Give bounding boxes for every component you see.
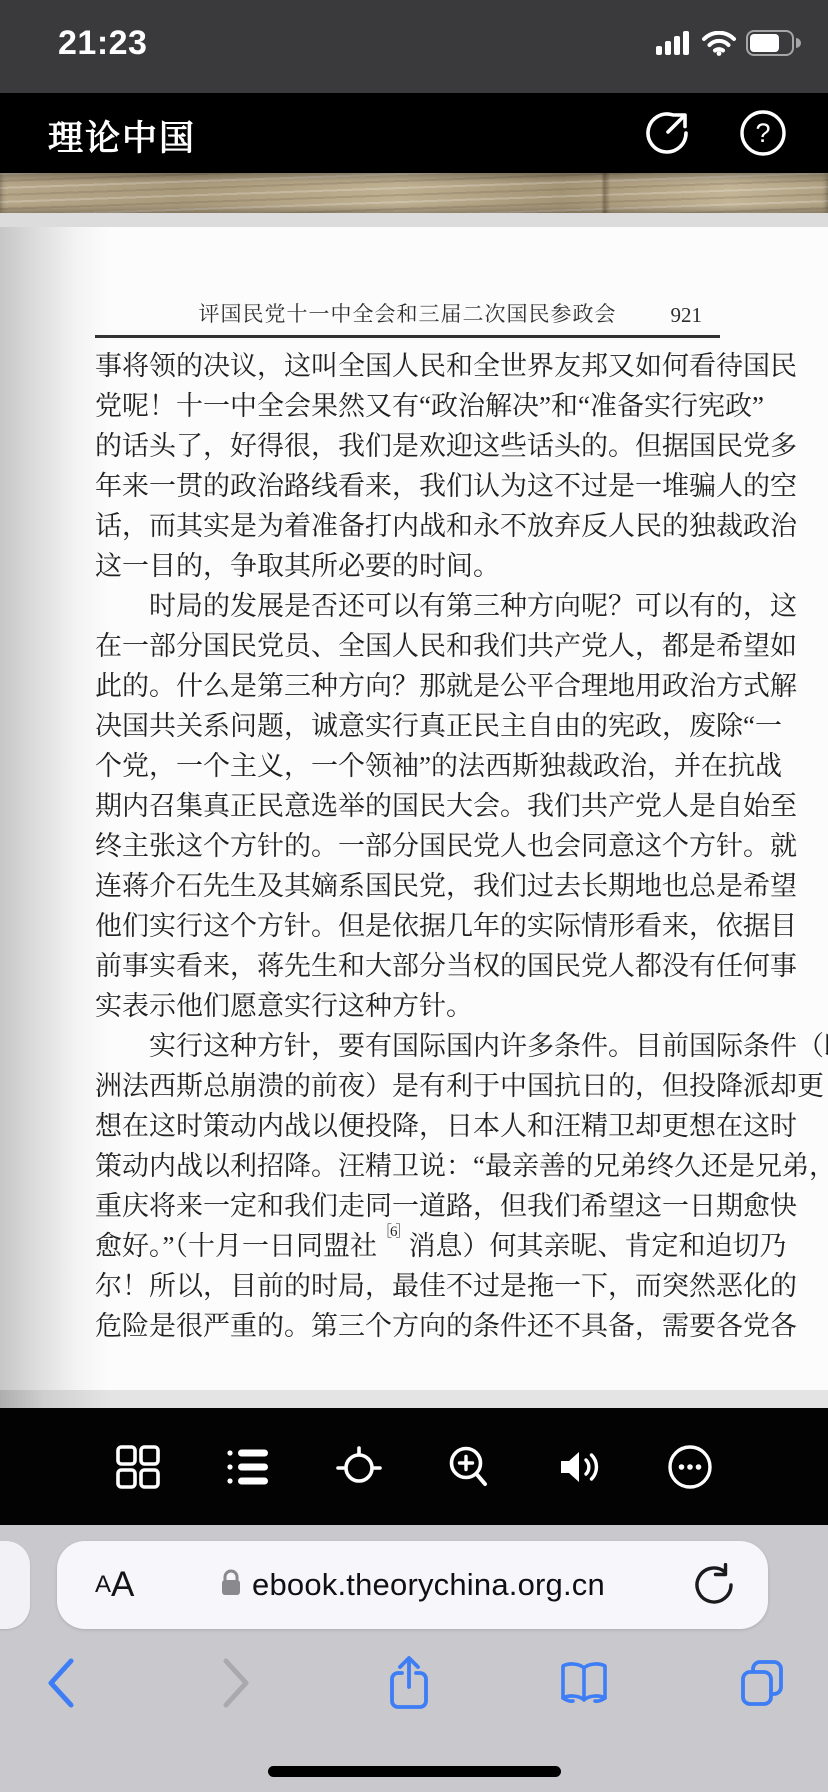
open-external-icon[interactable] bbox=[643, 109, 691, 157]
text-line: 话，而其实是为着准备打内战和永不放弃反人民的独裁政治 bbox=[95, 506, 720, 546]
more-options-icon[interactable] bbox=[666, 1443, 714, 1491]
text-line: 的话头了，好得很，我们是欢迎这些话头的。但据国民党多 bbox=[95, 426, 720, 466]
text-line: 党呢！十一中全会果然又有“政治解决”和“准备实行宪政” bbox=[95, 386, 720, 426]
text-line: 重庆将来一定和我们走同一道路，但我们希望这一日期愈快 bbox=[95, 1186, 720, 1226]
text-line: 决国共关系问题，诚意实行真正民主自由的宪政，废除“一 bbox=[95, 706, 720, 746]
home-indicator[interactable] bbox=[268, 1766, 561, 1777]
svg-text:?: ? bbox=[755, 118, 770, 148]
page-header-row: 评国民党十一中全会和三届二次国民参政会 921 bbox=[95, 297, 720, 331]
lock-icon bbox=[220, 1569, 242, 1602]
app-title: 理论中国 bbox=[48, 111, 196, 161]
text-line: 连蒋介石先生及其嫡系国民党，我们过去长期地也总是希望 bbox=[95, 866, 720, 906]
text-line: 他们实行这个方针。但是依据几年的实际情形看来，依据目 bbox=[95, 906, 720, 946]
locate-icon[interactable] bbox=[335, 1443, 383, 1491]
text-line: 个党，一个主义，一个领袖”的法西斯独裁政治，并在抗战 bbox=[95, 746, 720, 786]
text-line: 想在这时策动内战以便投降，日本人和汪精卫却更想在这时 bbox=[95, 1106, 720, 1146]
text-line: 愈好。”（十月一日同盟社［6］消息）何其亲昵、肯定和迫切乃 bbox=[95, 1226, 720, 1266]
status-bar: 21:23 bbox=[0, 0, 828, 93]
browser-nav-row bbox=[0, 1643, 828, 1723]
text-line: 策动内战以利招降。汪精卫说：“最亲善的兄弟终久还是兄弟， bbox=[95, 1146, 720, 1186]
text-line: 前事实看来，蒋先生和大部分当权的国民党人都没有任何事 bbox=[95, 946, 720, 986]
page-curl-shadow-bottom bbox=[0, 1390, 110, 1408]
grid-view-icon[interactable] bbox=[114, 1443, 162, 1491]
share-icon[interactable] bbox=[373, 1643, 445, 1723]
paragraph: 实行这种方针，要有国际国内许多条件。目前国际条件（欧洲法西斯总崩溃的前夜）是有利… bbox=[95, 1026, 720, 1346]
status-icons bbox=[656, 30, 802, 61]
paragraph: 时局的发展是否还可以有第三种方向呢？可以有的，这在一部分国民党员、全国人民和我们… bbox=[95, 586, 720, 1026]
book-page: 评国民党十一中全会和三届二次国民参政会 921 事将领的决议，这叫全国人民和全世… bbox=[0, 227, 828, 1390]
text-line: 这一目的，争取其所必要的时间。 bbox=[95, 546, 720, 586]
page-number: 921 bbox=[671, 298, 703, 332]
text-line: 事将领的决议，这叫全国人民和全世界友邦又如何看待国民 bbox=[95, 346, 720, 386]
text-line: 时局的发展是否还可以有第三种方向呢？可以有的，这 bbox=[95, 586, 720, 626]
status-time: 21:23 bbox=[58, 24, 147, 63]
paragraph: 事将领的决议，这叫全国人民和全世界友邦又如何看待国民党呢！十一中全会果然又有“政… bbox=[95, 346, 720, 586]
battery-icon bbox=[746, 30, 802, 61]
page-bottom-gap bbox=[0, 1390, 828, 1408]
help-icon[interactable]: ? bbox=[739, 109, 787, 157]
text-line: 实表示他们愿意实行这种方针。 bbox=[95, 986, 720, 1026]
toc-list-icon[interactable] bbox=[224, 1443, 272, 1491]
text-line: 终主张这个方针的。一部分国民党人也会同意这个方针。就 bbox=[95, 826, 720, 866]
tabs-icon[interactable] bbox=[726, 1643, 798, 1723]
text-line: 在一部分国民党员、全国人民和我们共产党人，都是希望如 bbox=[95, 626, 720, 666]
reader-toolbar bbox=[0, 1408, 828, 1525]
text-line: 期内召集真正民意选举的国民大会。我们共产党人是自始至 bbox=[95, 786, 720, 826]
text-line: 危险是很严重的。第三个方向的条件还不具备，需要各党各 bbox=[95, 1306, 720, 1346]
browser-chrome: AA ebook.theorychina.org.cn bbox=[0, 1525, 828, 1792]
url-text: ebook.theorychina.org.cn bbox=[252, 1567, 605, 1603]
page-body: 事将领的决议，这叫全国人民和全世界友邦又如何看待国民党呢！十一中全会果然又有“政… bbox=[95, 346, 720, 1346]
bookmarks-icon[interactable] bbox=[548, 1643, 620, 1723]
wifi-icon bbox=[702, 31, 736, 61]
back-button[interactable] bbox=[25, 1643, 97, 1723]
app-header: 理论中国 ? bbox=[0, 93, 828, 173]
text-line: 尔！所以，目前的时局，最佳不过是拖一下，而突然恶化的 bbox=[95, 1266, 720, 1306]
read-aloud-icon[interactable] bbox=[556, 1443, 604, 1491]
url-bar[interactable]: AA ebook.theorychina.org.cn bbox=[57, 1541, 768, 1629]
zoom-in-icon[interactable] bbox=[445, 1443, 493, 1491]
forward-button[interactable] bbox=[200, 1643, 272, 1723]
text-line: 年来一贯的政治路线看来，我们认为这不过是一堆骗人的空 bbox=[95, 466, 720, 506]
running-header: 评国民党十一中全会和三届二次国民参政会 bbox=[95, 297, 720, 331]
bookshelf-wood-strip bbox=[0, 173, 828, 213]
text-line: 此的。什么是第三种方向？那就是公平合理地用政治方式解 bbox=[95, 666, 720, 706]
footnote-marker: ［6］ bbox=[377, 1224, 409, 1240]
adjacent-tab-peek[interactable] bbox=[0, 1541, 30, 1629]
text-line: 洲法西斯总崩溃的前夜）是有利于中国抗日的，但投降派却更 bbox=[95, 1066, 720, 1106]
reload-icon[interactable] bbox=[692, 1563, 736, 1607]
text-line: 实行这种方针，要有国际国内许多条件。目前国际条件（欧 bbox=[95, 1026, 720, 1066]
header-rule bbox=[95, 335, 720, 338]
page-curl-shadow bbox=[0, 227, 110, 1390]
page-top-gap bbox=[0, 213, 828, 227]
cellular-signal-icon bbox=[656, 31, 692, 60]
